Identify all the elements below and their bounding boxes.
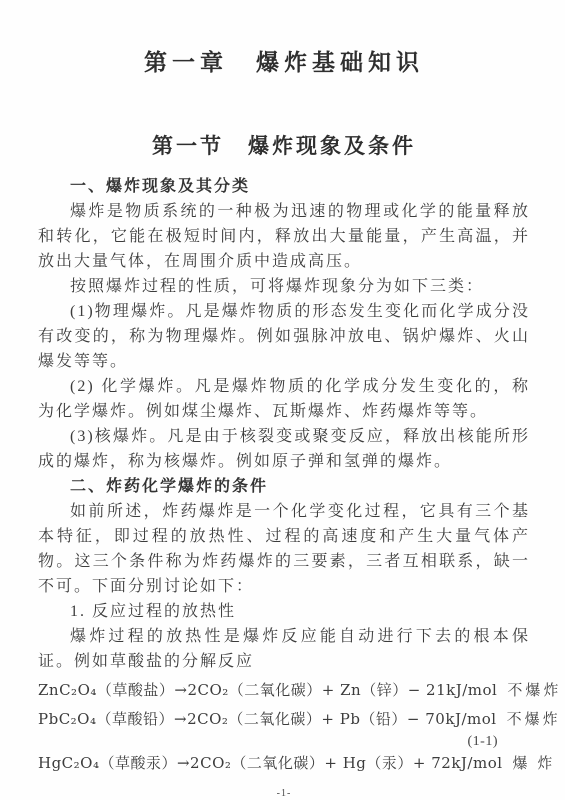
equation-result: 不爆炸: [497, 677, 561, 705]
page-number: -1-: [38, 788, 530, 799]
equation-formula: HgC₂O₄（草酸汞）→2CO₂（二氧化碳）+ Hg（汞）+ 72kJ/mol: [38, 749, 503, 777]
body-text-block: 一、爆炸现象及其分类 爆炸是物质系统的一种极为迅速的物理或化学的能量释放和转化，…: [38, 174, 530, 674]
paragraph-chemical-explosion: (2) 化学爆炸。凡是爆炸物质的化学成分发生变化的，称为化学爆炸。例如煤尘爆炸、…: [38, 374, 530, 424]
equation-result: 不爆炸: [497, 706, 561, 734]
paragraph-exothermicity-intro: 爆炸过程的放热性是爆炸反应能自动进行下去的根本保证。例如草酸盐的分解反应: [38, 624, 530, 674]
paragraph-classification-intro: 按照爆炸过程的性质，可将爆炸现象分为如下三类：: [38, 274, 530, 299]
equation-row-mercury-oxalate: HgC₂O₄（草酸汞）→2CO₂（二氧化碳）+ Hg（汞）+ 72kJ/mol …: [38, 749, 530, 778]
paragraph-three-elements: 如前所述，炸药爆炸是一个化学变化过程，它具有三个基本特征，即过程的放热性、过程的…: [38, 499, 530, 599]
section-title: 第一节 爆炸现象及条件: [38, 132, 530, 160]
numbered-heading-exothermicity: 1. 反应过程的放热性: [38, 599, 530, 624]
equation-result: 爆 炸: [503, 750, 556, 778]
paragraph-explosion-definition: 爆炸是物质系统的一种极为迅速的物理或化学的能量释放和转化，它能在极短时间内，释放…: [38, 199, 530, 274]
paragraph-nuclear-explosion: (3)核爆炸。凡是由于核裂变或聚变反应，释放出核能所形成的爆炸，称为核爆炸。例如…: [38, 424, 530, 474]
equation-formula: ZnC₂O₄（草酸盐）→2CO₂（二氧化碳）+ Zn（锌）− 21kJ/mol: [38, 676, 497, 704]
equation-row-zinc-oxalate: ZnC₂O₄（草酸盐）→2CO₂（二氧化碳）+ Zn（锌）− 21kJ/mol …: [38, 676, 530, 705]
equation-row-lead-oxalate: PbC₂O₄（草酸铅）→2CO₂（二氧化碳）+ Pb（铅）− 70kJ/mol …: [38, 705, 530, 734]
paragraph-physical-explosion: (1)物理爆炸。凡是爆炸物质的形态发生变化而化学成分没有改变的，称为物理爆炸。例…: [38, 299, 530, 374]
equation-number-label: (1-1): [38, 734, 530, 749]
subsection-heading-1: 一、爆炸现象及其分类: [38, 174, 530, 199]
scanned-book-page: 第一章 爆炸基础知识 第一节 爆炸现象及条件 一、爆炸现象及其分类 爆炸是物质系…: [0, 0, 565, 800]
subsection-heading-2: 二、炸药化学爆炸的条件: [38, 474, 530, 499]
chapter-title: 第一章 爆炸基础知识: [38, 0, 530, 78]
equations-block: ZnC₂O₄（草酸盐）→2CO₂（二氧化碳）+ Zn（锌）− 21kJ/mol …: [38, 676, 530, 778]
equation-formula: PbC₂O₄（草酸铅）→2CO₂（二氧化碳）+ Pb（铅）− 70kJ/mol: [38, 705, 497, 733]
